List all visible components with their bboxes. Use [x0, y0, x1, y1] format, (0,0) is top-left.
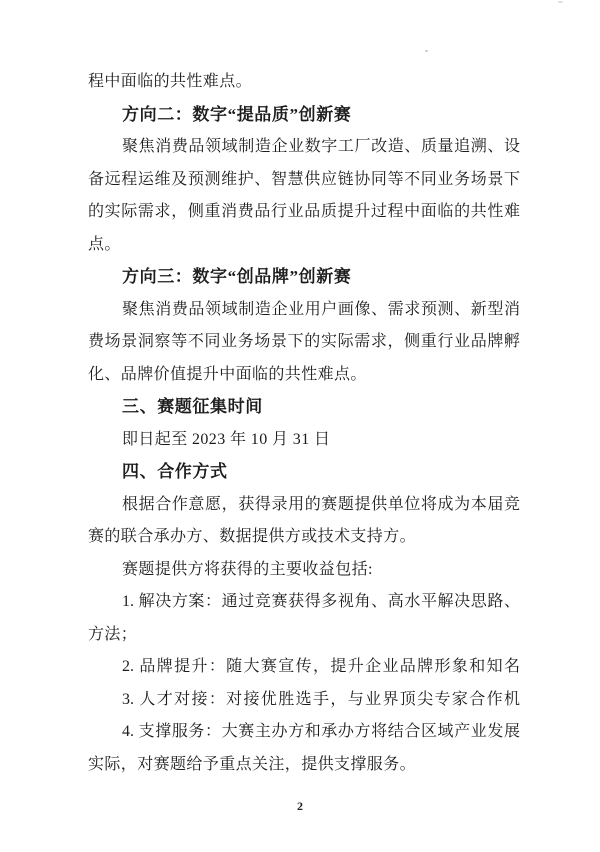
- text-line: 费场景洞察等不同业务场景下的实际需求，侧重行业品牌孵: [88, 326, 520, 359]
- text-line: 2. 品牌提升：随大赛宣传，提升企业品牌形象和知名度；: [88, 651, 520, 684]
- text-line: 赛题提供方将获得的主要收益包括:: [88, 554, 520, 587]
- heading-line: 四、合作方式: [88, 456, 520, 489]
- text-line: 化、品牌价值提升中面临的共性难点。: [88, 359, 520, 392]
- text-line: 赛的联合承办方、数据提供方或技术支持方。: [88, 521, 520, 554]
- text-line: 3. 人才对接：对接优胜选手，与业界顶尖专家合作机会；: [88, 684, 520, 717]
- heading-line: 方向二：数字“提品质”创新赛: [88, 99, 520, 132]
- document-body: 程中面临的共性难点。方向二：数字“提品质”创新赛聚焦消费品领域制造企业数字工厂改…: [88, 66, 520, 781]
- text-line: 方法；: [88, 619, 520, 652]
- text-line: 1. 解决方案：通过竞赛获得多视角、高水平解决思路、: [88, 586, 520, 619]
- text-line: 即日起至 2023 年 10 月 31 日: [88, 424, 520, 457]
- text-line: 聚焦消费品领域制造企业数字工厂改造、质量追溯、设: [88, 131, 520, 164]
- text-line: 备远程运维及预测维护、智慧供应链协同等不同业务场景下: [88, 164, 520, 197]
- scan-speck: [558, 1, 563, 3]
- heading-line: 方向三：数字“创品牌”创新赛: [88, 261, 520, 294]
- text-line: 聚焦消费品领域制造企业用户画像、需求预测、新型消: [88, 294, 520, 327]
- document-page: 程中面临的共性难点。方向二：数字“提品质”创新赛聚焦消费品领域制造企业数字工厂改…: [0, 0, 600, 852]
- text-line: 4. 支撑服务：大赛主办方和承办方将结合区域产业发展: [88, 716, 520, 749]
- text-line: 点。: [88, 229, 520, 262]
- scan-speck: [425, 50, 428, 52]
- text-line: 根据合作意愿，获得录用的赛题提供单位将成为本届竞: [88, 489, 520, 522]
- page-number: 2: [0, 799, 600, 814]
- heading-line: 三、赛题征集时间: [88, 391, 520, 424]
- text-line: 的实际需求，侧重消费品行业品质提升过程中面临的共性难: [88, 196, 520, 229]
- text-line: 程中面临的共性难点。: [88, 66, 520, 99]
- text-line: 实际，对赛题给予重点关注，提供支撑服务。: [88, 749, 520, 782]
